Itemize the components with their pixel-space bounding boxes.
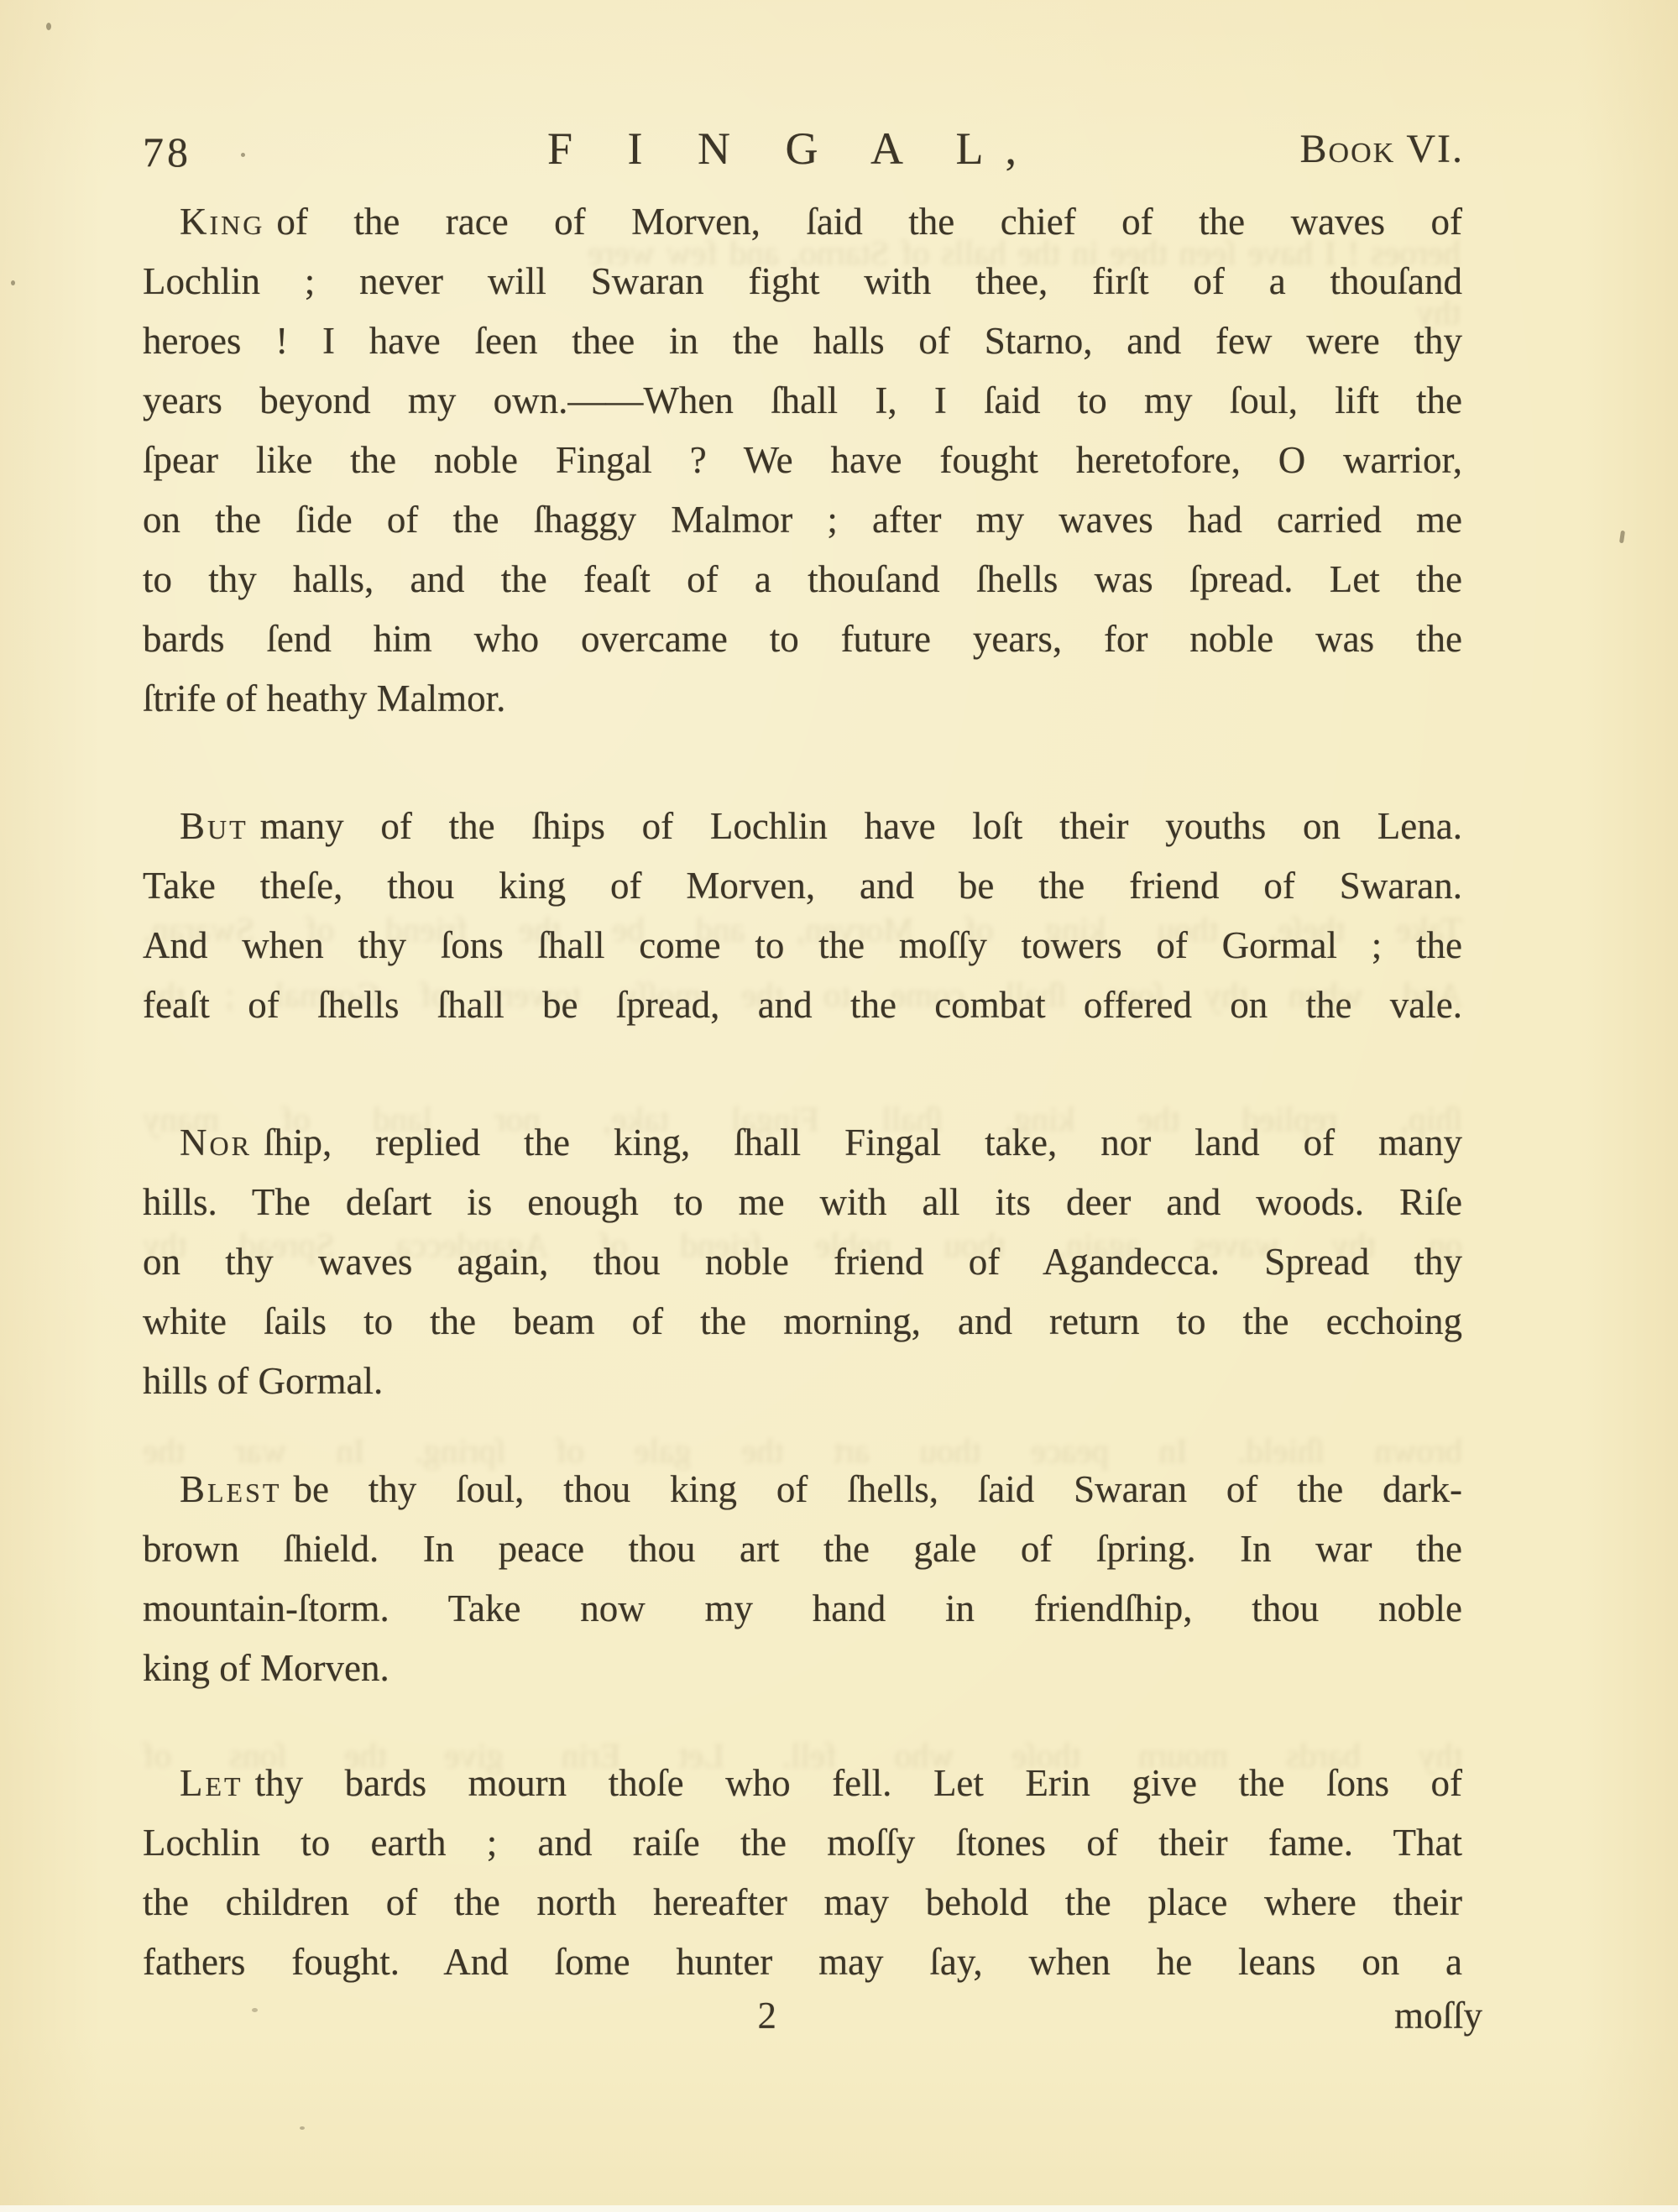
scan-edge-artifact (0, 2205, 1678, 2212)
text-line: hills of Gormal. (143, 1352, 1462, 1411)
text-line: mountain-ſtorm. Take now my hand in frie… (143, 1579, 1462, 1639)
lead-word: King (180, 201, 264, 243)
book-number-label: Book VI. (1300, 129, 1464, 170)
text-line: Take theſe, thou king of Morven, and be … (143, 856, 1462, 916)
text-line: Lochlin to earth ; and raiſe the moſſy ſ… (143, 1813, 1462, 1873)
paper-speck-artifact (11, 280, 15, 285)
page-footer: 2 moſſy (143, 1986, 1462, 2046)
text-line: brown ſhield. In peace thou art the gale… (143, 1519, 1462, 1579)
text-line: years beyond my own.——When ſhall I, I ſa… (143, 371, 1462, 431)
paper-speck-artifact (1619, 531, 1625, 544)
text-line: Letthy bards mourn thoſe who fell. Let E… (143, 1754, 1462, 1813)
text-line: Norſhip, replied the king, ſhall Fingal … (143, 1113, 1462, 1173)
text-line: king of Morven. (143, 1639, 1462, 1698)
text-line: feaſt of ſhells ſhall be ſpread, and the… (143, 975, 1462, 1035)
text-line-rest: many of the ſhips of Lochlin have loſt t… (260, 805, 1462, 847)
text-line: And when thy ſons ſhall come to the moſſ… (143, 916, 1462, 975)
text-line: on thy waves again, thou noble friend of… (143, 1232, 1462, 1292)
text-line: white ſails to the beam of the morning, … (143, 1292, 1462, 1352)
lead-word: Nor (180, 1122, 252, 1164)
press-figure: 2 (758, 1986, 777, 2046)
text-line: to thy halls, and the feaſt of a thouſan… (143, 550, 1462, 609)
text-line-rest: be thy ſoul, thou king of ſhells, ſaid S… (293, 1468, 1462, 1510)
paragraph: Norſhip, replied the king, ſhall Fingal … (143, 1113, 1462, 1411)
text-line: Butmany of the ſhips of Lochlin have loſ… (143, 797, 1462, 856)
text-line-rest: of the race of Morven, ſaid the chief of… (276, 201, 1462, 243)
lead-word: Blest (180, 1468, 281, 1510)
text-line: ſpear like the noble Fingal ? We have fo… (143, 431, 1462, 490)
text-line: bards ſend him who overcame to future ye… (143, 609, 1462, 669)
paragraph: Kingof the race of Morven, ſaid the chie… (143, 192, 1462, 729)
text-line: the children of the north hereafter may … (143, 1873, 1462, 1932)
paper-speck-artifact (241, 153, 245, 157)
page-number: 78 (143, 131, 191, 173)
catchword: moſſy (1394, 1986, 1482, 2046)
text-line: on the ſide of the ſhaggy Malmor ; after… (143, 490, 1462, 550)
text-line: Blestbe thy ſoul, thou king of ſhells, ſ… (143, 1460, 1462, 1519)
book-page: heroes ! I have ſeen thee in the halls o… (0, 0, 1678, 2212)
paper-speck-artifact (300, 2126, 305, 2130)
running-title: F I N G A L, (547, 126, 1038, 171)
text-line-rest: thy bards mourn thoſe who fell. Let Erin… (255, 1762, 1462, 1804)
text-line-rest: ſhip, replied the king, ſhall Fingal tak… (264, 1122, 1462, 1164)
paragraph: Letthy bards mourn thoſe who fell. Let E… (143, 1754, 1462, 1992)
paper-speck-artifact (252, 2008, 258, 2012)
text-line: hills. The deſart is enough to me with a… (143, 1173, 1462, 1232)
text-line: Kingof the race of Morven, ſaid the chie… (143, 192, 1462, 252)
paragraph: Butmany of the ſhips of Lochlin have loſ… (143, 797, 1462, 1035)
lead-word: But (180, 805, 248, 847)
text-line: Lochlin ; never will Swaran fight with t… (143, 252, 1462, 311)
text-line: ſtrife of heathy Malmor. (143, 669, 1462, 729)
text-line: heroes ! I have ſeen thee in the halls o… (143, 311, 1462, 371)
paper-speck-artifact (46, 23, 51, 30)
paragraph: Blestbe thy ſoul, thou king of ſhells, ſ… (143, 1460, 1462, 1698)
text-line: fathers fought. And ſome hunter may ſay,… (143, 1932, 1462, 1992)
lead-word: Let (180, 1762, 243, 1804)
